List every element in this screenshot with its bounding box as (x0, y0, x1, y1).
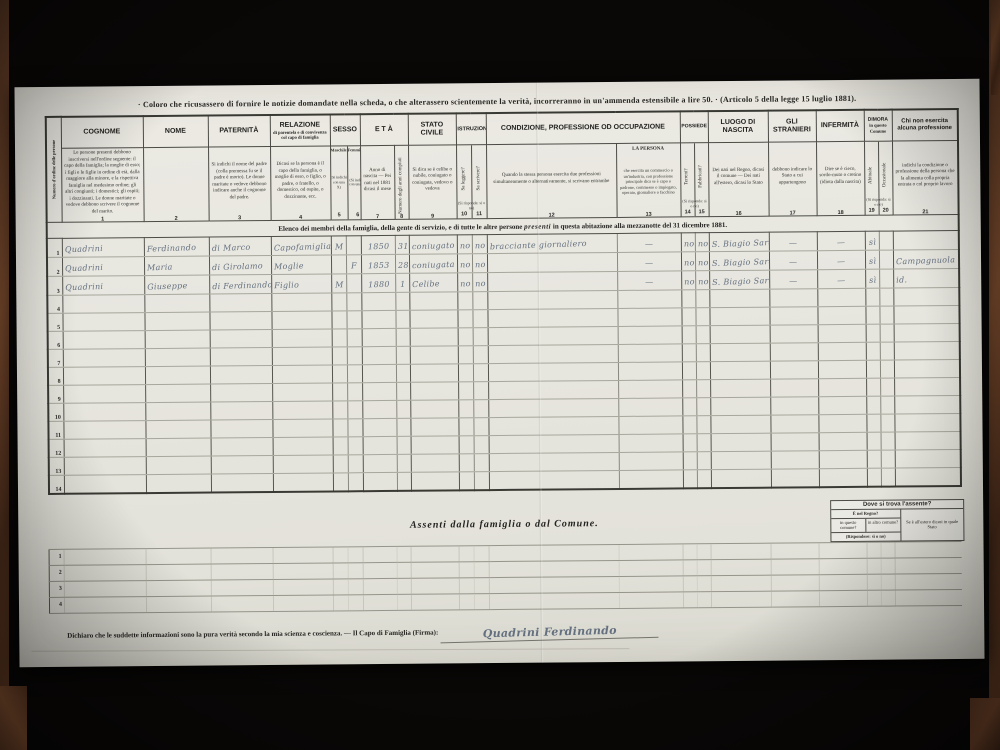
cell-relazione (273, 562, 333, 579)
cell-la-persona (617, 308, 681, 327)
col-anno-nascita-desc: Anno di nascita — Pei nati nel 1881 dica… (360, 145, 395, 219)
cell-sesso-m (331, 311, 346, 329)
cell-paternita (211, 437, 273, 456)
cell-stato-civile: Celibe (409, 273, 457, 292)
cell-sesso-m (332, 401, 347, 419)
cell-anni-compiuti (397, 562, 411, 578)
cell-cognome (64, 548, 146, 565)
cell-stranieri (769, 289, 817, 307)
cell-paternita: di Girolamo (209, 255, 271, 275)
cell-anni-compiuti (395, 310, 409, 328)
cell-professione (489, 560, 619, 577)
cell-stranieri (770, 415, 818, 433)
cell-chi-non-esercita (894, 377, 960, 396)
cell-relazione (273, 437, 333, 456)
cell-sesso-f: F (346, 255, 361, 274)
row-number: 2 (47, 257, 62, 276)
cell-professione (488, 362, 618, 381)
cell-sa-leggere (458, 418, 473, 436)
cell-sa-leggere (459, 561, 474, 577)
cell-sesso-m (331, 255, 346, 274)
cell-anni-compiuti (397, 594, 411, 610)
cell-anno-nascita (363, 546, 397, 562)
cell-sa-leggere (458, 328, 473, 346)
col-stranieri-desc: debbono indicare lo Stato a cui apparten… (768, 142, 817, 216)
cell-dimora-occasionale (880, 324, 894, 342)
cell-chi-non-esercita (895, 431, 961, 450)
cell-stranieri (771, 558, 819, 574)
col-relazione-desc: Dicasi se la persona è il capo della fam… (270, 146, 331, 221)
cell-dimora-abituale (866, 360, 880, 378)
cell-anni-compiuti (397, 578, 411, 594)
cell-infermita (818, 360, 866, 378)
row-number: 1 (47, 238, 62, 257)
cell-stato-civile (410, 418, 458, 436)
cell-infermita (817, 288, 865, 306)
cell-cognome (63, 331, 145, 350)
cell-anno-nascita (362, 364, 396, 382)
cell-luogo-nascita (709, 289, 769, 308)
cell-la-persona (618, 362, 682, 381)
cell-chi-non-esercita: id. (893, 268, 959, 288)
cell-dimora-occasionale (879, 288, 893, 306)
cell-sesso-m (333, 473, 348, 491)
cell-terreni (683, 543, 697, 559)
col-ordinal-header: Numero d'ordine delle persone (46, 117, 62, 223)
cell-nome (145, 348, 210, 367)
cell-infermita (819, 468, 867, 486)
cell-relazione (273, 578, 333, 595)
cell-stato-civile (410, 364, 458, 382)
cell-anno-nascita (361, 310, 395, 328)
cell-paternita (211, 579, 273, 596)
head-of-family-signature: Quadrini Ferdinando (440, 622, 658, 643)
cell-stranieri: — (769, 232, 817, 251)
cell-anno-nascita (362, 418, 396, 436)
cell-anno-nascita (363, 594, 397, 610)
cell-sa-scrivere: no (472, 273, 487, 292)
row-number: 5 (47, 313, 62, 331)
col-sesso-label: SESSO (330, 114, 360, 146)
cell-sesso-m (332, 383, 347, 401)
cell-cognome: Quadrini (62, 276, 144, 296)
cell-anno-nascita (363, 578, 397, 594)
cell-paternita (210, 347, 272, 366)
cell-sa-scrivere (473, 418, 488, 436)
cell-sesso-f (347, 401, 362, 419)
cell-sa-leggere (459, 593, 474, 609)
col-chi-non-desc: indichi la condizione o professione dell… (892, 140, 959, 215)
cell-terreni (683, 434, 697, 452)
cell-professione (488, 416, 618, 435)
cell-fabbricati (697, 559, 711, 575)
cell-sa-leggere (459, 545, 474, 561)
cell-paternita (210, 365, 272, 384)
cell-chi-non-esercita (895, 557, 961, 574)
cell-dimora-occasionale (880, 414, 894, 432)
cell-professione (489, 576, 619, 593)
cell-professione (488, 344, 618, 363)
cell-dimora-occasionale (881, 558, 895, 574)
cell-luogo-nascita (711, 559, 771, 576)
cell-relazione (273, 546, 333, 563)
cell-anni-compiuti (396, 400, 410, 418)
cell-sa-leggere (457, 292, 472, 310)
census-form-sheet: · Coloro che ricusassero di fornire le n… (14, 79, 984, 667)
cell-sa-leggere (458, 364, 473, 382)
cell-nome (144, 312, 209, 331)
cell-sa-scrivere (474, 593, 489, 609)
cell-sa-leggere (458, 400, 473, 418)
cell-infermita (819, 432, 867, 450)
cell-sesso-f (346, 236, 361, 255)
cell-anni-compiuti (397, 546, 411, 562)
cell-anni-compiuti (395, 292, 409, 310)
cell-chi-non-esercita (893, 287, 959, 306)
cell-cognome (63, 403, 145, 422)
cell-relazione (272, 329, 332, 348)
cell-dimora-occasionale (880, 378, 894, 396)
cell-terreni (681, 308, 695, 326)
cell-sa-scrivere: no (472, 235, 487, 254)
cell-fabbricati (697, 470, 711, 488)
cell-anni-compiuti: 28 (395, 254, 409, 273)
penalty-warning-text: · Coloro che ricusassero di fornire le n… (45, 93, 950, 110)
cell-nome: Ferdinando (144, 237, 209, 257)
cell-sesso-f (346, 293, 361, 311)
cell-infermita (818, 342, 866, 360)
cell-stranieri: — (769, 251, 817, 270)
cell-dimora-occasionale (879, 306, 893, 324)
cell-dimora-abituale (867, 574, 881, 590)
cell-chi-non-esercita (894, 413, 960, 432)
col-stato-civile-label: STATO CIVILE (408, 113, 456, 145)
cell-terreni (682, 326, 696, 344)
cell-anno-nascita (363, 436, 397, 454)
cell-stato-civile (411, 472, 459, 490)
wood-surface-bottom-left (0, 686, 27, 750)
cell-dimora-abituale: sì (865, 231, 879, 250)
cell-sa-leggere (458, 346, 473, 364)
cell-sa-leggere (458, 382, 473, 400)
cell-sa-scrivere (473, 382, 488, 400)
cell-anno-nascita (362, 328, 396, 346)
cell-la-persona: — (617, 271, 681, 291)
cell-infermita (819, 590, 867, 606)
cell-chi-non-esercita (895, 541, 961, 558)
cell-fabbricati (697, 575, 711, 591)
cell-professione (489, 544, 619, 561)
cell-anni-compiuti (396, 364, 410, 382)
cell-dimora-abituale (866, 324, 880, 342)
cell-relazione: Capofamiglia (271, 236, 331, 256)
cell-infermita (817, 306, 865, 324)
cell-chi-non-esercita (893, 230, 959, 250)
assenti-table: 1234 (49, 540, 962, 613)
cell-infermita (818, 378, 866, 396)
cell-anno-nascita (362, 400, 396, 418)
col-professione-desc: Quando la stessa persona esercita due pr… (486, 143, 617, 218)
cell-cognome (63, 421, 145, 440)
row-number: 3 (49, 581, 64, 597)
cell-dimora-occasionale (879, 250, 893, 269)
cell-la-persona (619, 434, 683, 453)
col-infermita-desc: Dire se è cieco, sordo-muto o cretino (i… (816, 141, 865, 215)
cell-sesso-m (333, 546, 348, 562)
cell-terreni (682, 344, 696, 362)
cell-nome (146, 438, 211, 457)
cell-cognome (64, 564, 146, 581)
cell-dimora-occasionale (880, 396, 894, 414)
cell-nome (145, 420, 210, 439)
row-number: 4 (49, 597, 64, 613)
cell-relazione (273, 473, 333, 492)
cell-professione (489, 592, 619, 609)
cell-cognome (63, 385, 145, 404)
cell-relazione (273, 455, 333, 474)
cell-dimora-occasionale (881, 542, 895, 558)
cell-nome (146, 596, 211, 613)
cell-nome (145, 366, 210, 385)
dove-si-trova-box: Dove si trova l'assente? È nel Regno? in… (830, 499, 964, 542)
row-number: 3 (47, 276, 62, 295)
col-infermita-label: INFERMITÀ (816, 110, 864, 142)
cell-stranieri (770, 361, 818, 379)
cell-anni-compiuti (396, 418, 410, 436)
cell-paternita: di Marco (209, 236, 271, 256)
col-stato-civile-desc: Si dica se è celibe o nubile, coniugato … (408, 145, 457, 219)
cell-sa-scrivere (474, 577, 489, 593)
cell-sa-scrivere (473, 364, 488, 382)
cell-sesso-m (333, 594, 348, 610)
cell-luogo-nascita: S. Biagio Sarac. (709, 251, 769, 271)
cell-infermita (818, 414, 866, 432)
cell-stato-civile (411, 436, 459, 454)
wood-surface-right (989, 0, 1000, 750)
cell-paternita (209, 311, 271, 330)
cell-sa-scrivere (474, 472, 489, 490)
cell-paternita (211, 595, 273, 612)
cell-luogo-nascita: S. Biagio Sarac. (709, 270, 769, 290)
cell-la-persona (619, 575, 683, 592)
cell-anni-compiuti (396, 346, 410, 364)
cell-dimora-abituale (867, 432, 881, 450)
col-dimora-desc: Abituale19 Occasionale20 (Si risponda: s… (864, 141, 893, 215)
questo-comune-label: in questo comune? (831, 518, 865, 532)
col-luogo-desc: Dei nati nel Regno, dicasi il comune — D… (708, 142, 769, 217)
row-number: 1 (49, 549, 64, 565)
cell-paternita (211, 547, 273, 564)
cell-sesso-m (333, 455, 348, 473)
cell-fabbricati (696, 344, 710, 362)
cell-chi-non-esercita (895, 573, 961, 590)
col-sesso-desc: Maschile(Si indichi con una X)5 Femminil… (330, 146, 361, 220)
cell-sa-scrivere: no (472, 254, 487, 273)
cell-sesso-f (347, 329, 362, 347)
cell-fabbricati: no (695, 252, 709, 271)
cell-terreni (682, 380, 696, 398)
cell-professione (489, 470, 619, 489)
cell-fabbricati (697, 543, 711, 559)
cell-chi-non-esercita: Campagnuola (893, 249, 959, 269)
cell-anni-compiuti (397, 454, 411, 472)
cell-luogo-nascita (711, 469, 771, 488)
cell-la-persona (618, 398, 682, 417)
cell-chi-non-esercita (895, 589, 961, 606)
col-dimora-label: DIMORAin questo Comune (864, 110, 892, 142)
cell-anno-nascita: 1880 (361, 273, 395, 292)
col-nome-desc: 2 (143, 147, 209, 222)
cell-stato-civile: coniugata (409, 254, 457, 273)
cell-professione (489, 434, 619, 453)
cell-sesso-f (347, 419, 362, 437)
cell-anni-compiuti: 1 (395, 273, 409, 292)
cell-sa-scrivere (474, 454, 489, 472)
declaration-line: Dichiaro che le suddette informazioni so… (67, 619, 984, 642)
table-header: Numero d'ordine delle persone COGNOME NO… (46, 109, 959, 238)
col-luogo-label: LUOGO DI NASCITA (708, 111, 768, 143)
cell-sa-scrivere (474, 561, 489, 577)
cell-sesso-m (333, 578, 348, 594)
cell-luogo-nascita: S. Biagio Sarac. (709, 232, 769, 252)
cell-fabbricati (697, 591, 711, 607)
cell-sa-scrivere (474, 436, 489, 454)
cell-anni-compiuti (397, 436, 411, 454)
altro-comune-label: in altro comune? (865, 518, 900, 532)
cell-stato-civile (411, 561, 459, 577)
cell-luogo-nascita (710, 379, 770, 398)
cell-paternita (209, 293, 271, 312)
cell-terreni (683, 470, 697, 488)
cell-sesso-f (348, 594, 363, 610)
cell-luogo-nascita (710, 343, 770, 362)
cell-sesso-f (347, 365, 362, 383)
cell-stato-civile (411, 577, 459, 593)
cell-nome (146, 474, 211, 493)
cell-nome (144, 294, 209, 313)
cell-sa-scrivere (472, 310, 487, 328)
cell-la-persona (619, 470, 683, 489)
cell-nome (146, 456, 211, 475)
cell-relazione (272, 401, 332, 420)
cell-chi-non-esercita (894, 323, 960, 342)
cell-professione (487, 290, 617, 309)
cell-sa-leggere (459, 577, 474, 593)
cell-terreni: no (681, 252, 695, 271)
cell-anno-nascita (361, 292, 395, 310)
cell-stranieri (771, 433, 819, 451)
cell-stranieri (771, 542, 819, 558)
cell-dimora-occasionale (881, 432, 895, 450)
cell-luogo-nascita (711, 575, 771, 592)
cell-sesso-m (332, 329, 347, 347)
cell-professione (488, 380, 618, 399)
cell-cognome (63, 349, 145, 368)
cell-terreni (683, 559, 697, 575)
cell-sesso-m (332, 347, 347, 365)
cell-stato-civile: coniugato (409, 235, 457, 254)
cell-terreni: no (681, 233, 695, 252)
assenti-body: 1234 (49, 541, 962, 613)
cell-paternita (211, 455, 273, 474)
cell-sesso-m (332, 365, 347, 383)
cell-dimora-abituale (866, 378, 880, 396)
cell-dimora-occasionale (880, 342, 894, 360)
cell-paternita: di Ferdinando (209, 274, 271, 294)
cell-sa-scrivere (473, 346, 488, 364)
cell-la-persona (619, 452, 683, 471)
cell-relazione (271, 293, 331, 312)
cell-fabbricati (696, 362, 710, 380)
cell-sa-leggere: no (457, 235, 472, 254)
cell-dimora-abituale (866, 342, 880, 360)
cell-sa-scrivere (472, 292, 487, 310)
cell-fabbricati: no (695, 233, 709, 252)
cell-sesso-f (348, 546, 363, 562)
cell-professione (489, 452, 619, 471)
cell-dimora-abituale (867, 590, 881, 606)
cell-infermita (818, 324, 866, 342)
row-number: 4 (47, 295, 62, 313)
cell-dimora-occasionale (879, 231, 893, 250)
cell-sesso-f (348, 562, 363, 578)
cell-la-persona (617, 290, 681, 309)
cell-dimora-abituale (867, 450, 881, 468)
cell-chi-non-esercita (895, 467, 961, 486)
cell-dimora-abituale (867, 468, 881, 486)
cell-chi-non-esercita (895, 449, 961, 468)
cell-anni-compiuti: 31 (395, 235, 409, 254)
cell-la-persona: — (617, 252, 681, 272)
cell-professione (488, 398, 618, 417)
cell-terreni (682, 398, 696, 416)
cell-sa-leggere (459, 454, 474, 472)
col-condizione-label: CONDIZIONE, PROFESSIONE OD OCCUPAZIONE (486, 111, 680, 144)
cell-professione (488, 326, 618, 345)
estero-label: Se è all'estero dicasi in quale Stato (901, 518, 963, 532)
cell-sesso-f (348, 578, 363, 594)
col-paternita-label: PATERNITÀ (208, 115, 270, 147)
cell-stato-civile (410, 400, 458, 418)
cell-la-persona (619, 559, 683, 576)
cell-luogo-nascita (711, 543, 771, 560)
cell-anno-nascita (363, 562, 397, 578)
cell-chi-non-esercita (894, 359, 960, 378)
cell-la-persona: — (617, 233, 681, 253)
cell-paternita (211, 473, 273, 492)
cell-luogo-nascita (710, 325, 770, 344)
cell-sa-leggere: no (457, 254, 472, 273)
cell-stato-civile (411, 593, 459, 609)
col-cognome-label: COGNOME (61, 116, 143, 148)
cell-terreni (682, 362, 696, 380)
cell-luogo-nascita (710, 361, 770, 380)
row-number: 9 (48, 385, 63, 403)
cell-chi-non-esercita (894, 341, 960, 360)
cell-sesso-f (347, 383, 362, 401)
cell-professione (487, 252, 617, 272)
cell-nome (145, 330, 210, 349)
cell-luogo-nascita (710, 397, 770, 416)
cell-stato-civile (410, 346, 458, 364)
cell-paternita (211, 563, 273, 580)
cell-sa-scrivere (474, 545, 489, 561)
cell-cognome (64, 475, 146, 494)
cell-sesso-m (332, 419, 347, 437)
cell-stranieri (771, 451, 819, 469)
cell-stato-civile (409, 292, 457, 310)
cell-dimora-abituale (865, 288, 879, 306)
